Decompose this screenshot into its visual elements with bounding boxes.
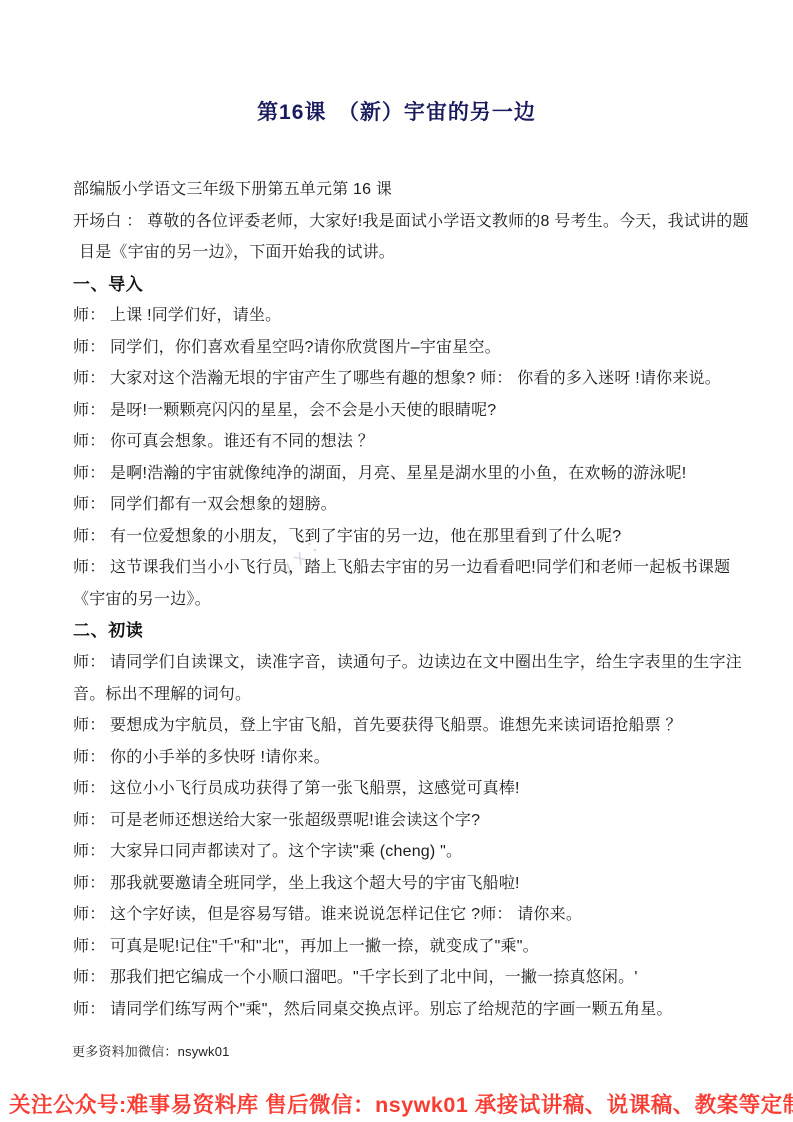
- document-line: 一、导入: [73, 269, 741, 301]
- document-line: 师： 你可真会想象。谁还有不同的想法 ？: [73, 426, 741, 458]
- document-line: 师： 同学们，你们喜欢看星空吗?请你欣赏图片–宇宙星空。: [73, 332, 741, 364]
- document-line: 开场白 ： 尊敬的各位评委老师，大家好!我是面试小学语文教师的8 号考生。今天，…: [73, 206, 741, 238]
- document-line: 师： 这位小小飞行员成功获得了第一张飞船票，这感觉可真棒!: [73, 773, 741, 805]
- document-line: 师： 是啊!浩瀚的宇宙就像纯净的湖面，月亮、星星是湖水里的小鱼，在欢畅的游泳呢!: [73, 458, 741, 490]
- document-line: 部编版小学语文三年级下册第五单元第 16 课: [73, 174, 741, 206]
- document-line: 目是《宇宙的另一边》，下面开始我的试讲。: [73, 237, 741, 269]
- document-line: 师： 上课 !同学们好，请坐。: [73, 300, 741, 332]
- document-line: 师： 可真是呢!记住"千"和"北"，再加上一撇一捺，就变成了"乘"。: [73, 931, 741, 963]
- document-line: 师： 是呀!一颗颗亮闪闪的星星，会不会是小天使的眼睛呢?: [73, 395, 741, 427]
- document-line: 师： 可是老师还想送给大家一张超级票呢!谁会读这个字?: [73, 805, 741, 837]
- document-line: 音。标出不理解的词句。: [73, 679, 741, 711]
- document-line: 二、初读: [73, 615, 741, 647]
- promo-banner-text: 关注公众号:难事易资料库 售后微信：nsywk01 承接试讲稿、说课稿、教案等定…: [0, 1088, 793, 1119]
- document-body: 部编版小学语文三年级下册第五单元第 16 课开场白 ： 尊敬的各位评委老师，大家…: [73, 174, 741, 1025]
- document-page: 第16课 （新）宇宙的另一边 vx： 部编版小学语文三年级下册第五单元第 16 …: [0, 0, 793, 1122]
- document-line: 师： 大家异口同声都读对了。这个字读"乘 (cheng) "。: [73, 836, 741, 868]
- footer-contact-note: 更多资料加微信：nsywk01: [72, 1041, 230, 1060]
- document-line: 师： 有一位爱想象的小朋友，飞到了宇宙的另一边，他在那里看到了什么呢?: [73, 521, 741, 553]
- document-line: 师： 你的小手举的多快呀 !请你来。: [73, 742, 741, 774]
- document-line: 《宇宙的另一边》。: [73, 584, 741, 616]
- document-line: 师： 大家对这个浩瀚无垠的宇宙产生了哪些有趣的想象? 师： 你看的多入迷呀 !请…: [73, 363, 741, 395]
- document-line: 师： 那我们把它编成一个小顺口溜吧。"千字长到了北中间，一撇一捺真悠闲。': [73, 962, 741, 994]
- document-line: 师： 同学们都有一双会想象的翅膀。: [73, 489, 741, 521]
- promo-banner: 关注公众号:难事易资料库 售后微信：nsywk01 承接试讲稿、说课稿、教案等定…: [0, 1085, 793, 1122]
- page-title: 第16课 （新）宇宙的另一边: [0, 96, 793, 126]
- document-line: 师： 要想成为宇航员，登上宇宙飞船，首先要获得飞船票。谁想先来读词语抢船票 ？: [73, 710, 741, 742]
- document-line: 师： 这节课我们当小小飞行员，踏上飞船去宇宙的另一边看看吧!同学们和老师一起板书…: [73, 552, 741, 584]
- document-line: 师： 这个字好读，但是容易写错。谁来说说怎样记住它 ?师： 请你来。: [73, 899, 741, 931]
- document-line: 师： 那我就要邀请全班同学，坐上我这个超大号的宇宙飞船啦!: [73, 868, 741, 900]
- document-line: 师： 请同学们练写两个"乘"，然后同桌交换点评。别忘了给规范的字画一颗五角星。: [73, 994, 741, 1026]
- document-line: 师： 请同学们自读课文，读准字音，读通句子。边读边在文中圈出生字，给生字表里的生…: [73, 647, 741, 679]
